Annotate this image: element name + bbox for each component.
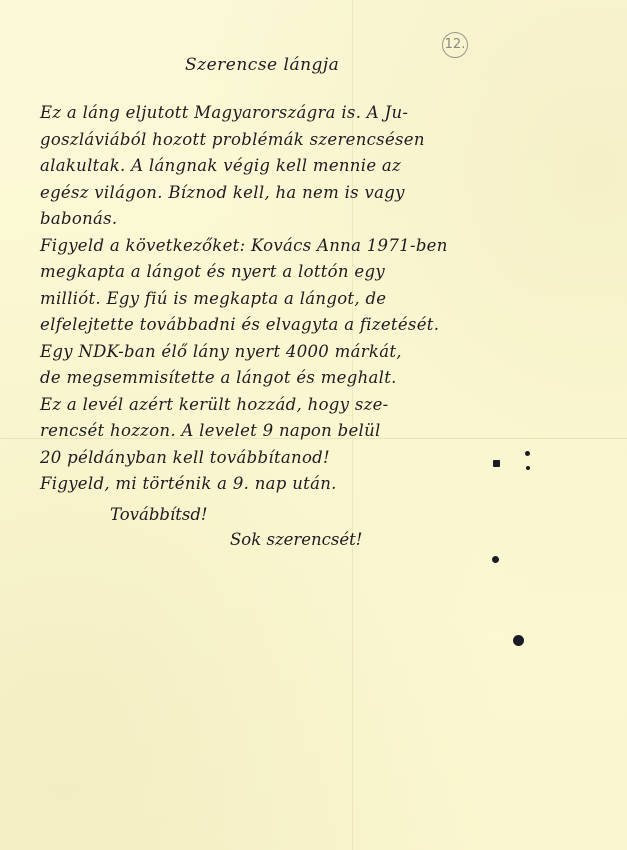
body-line: Figyeld, mi történik a 9. nap után. (40, 471, 610, 498)
letter-title: Szerencse lángja (185, 55, 339, 75)
closing-forward: Továbbítsd! (110, 505, 208, 524)
closing-good-luck: Sok szerencsét! (230, 530, 362, 549)
body-line: de megsemmisítette a lángot és meghalt. (40, 365, 610, 392)
body-line: alakultak. A lángnak végig kell mennie a… (40, 153, 610, 180)
body-line: rencsét hozzon. A levelet 9 napon belül (40, 418, 610, 445)
body-line: milliót. Egy fiú is megkapta a lángot, d… (40, 286, 610, 313)
ink-blot (493, 460, 500, 467)
body-line: elfelejtette továbbadni és elvagyta a fi… (40, 312, 610, 339)
body-line: egész világon. Bíznod kell, ha nem is va… (40, 180, 610, 207)
ink-blot (492, 556, 499, 563)
ink-blot (525, 451, 530, 456)
body-line: Figyeld a következőket: Kovács Anna 1971… (40, 233, 610, 260)
body-line: megkapta a lángot és nyert a lottón egy (40, 259, 610, 286)
body-line: babonás. (40, 206, 610, 233)
page-number-circled: 12. (442, 32, 468, 58)
ink-blot (526, 466, 530, 470)
body-line: goszláviából hozott problémák szerencsés… (40, 127, 610, 154)
body-line: Ez a levél azért került hozzád, hogy sze… (40, 392, 610, 419)
ink-blot (513, 635, 524, 646)
body-line: 20 példányban kell továbbítanod! (40, 445, 610, 472)
body-line: Egy NDK-ban élő lány nyert 4000 márkát, (40, 339, 610, 366)
body-line: Ez a láng eljutott Magyarországra is. A … (40, 100, 610, 127)
handwritten-letter-page: 12. Szerencse lángja Ez a láng eljutott … (0, 0, 627, 850)
letter-body: Ez a láng eljutott Magyarországra is. A … (40, 100, 610, 498)
